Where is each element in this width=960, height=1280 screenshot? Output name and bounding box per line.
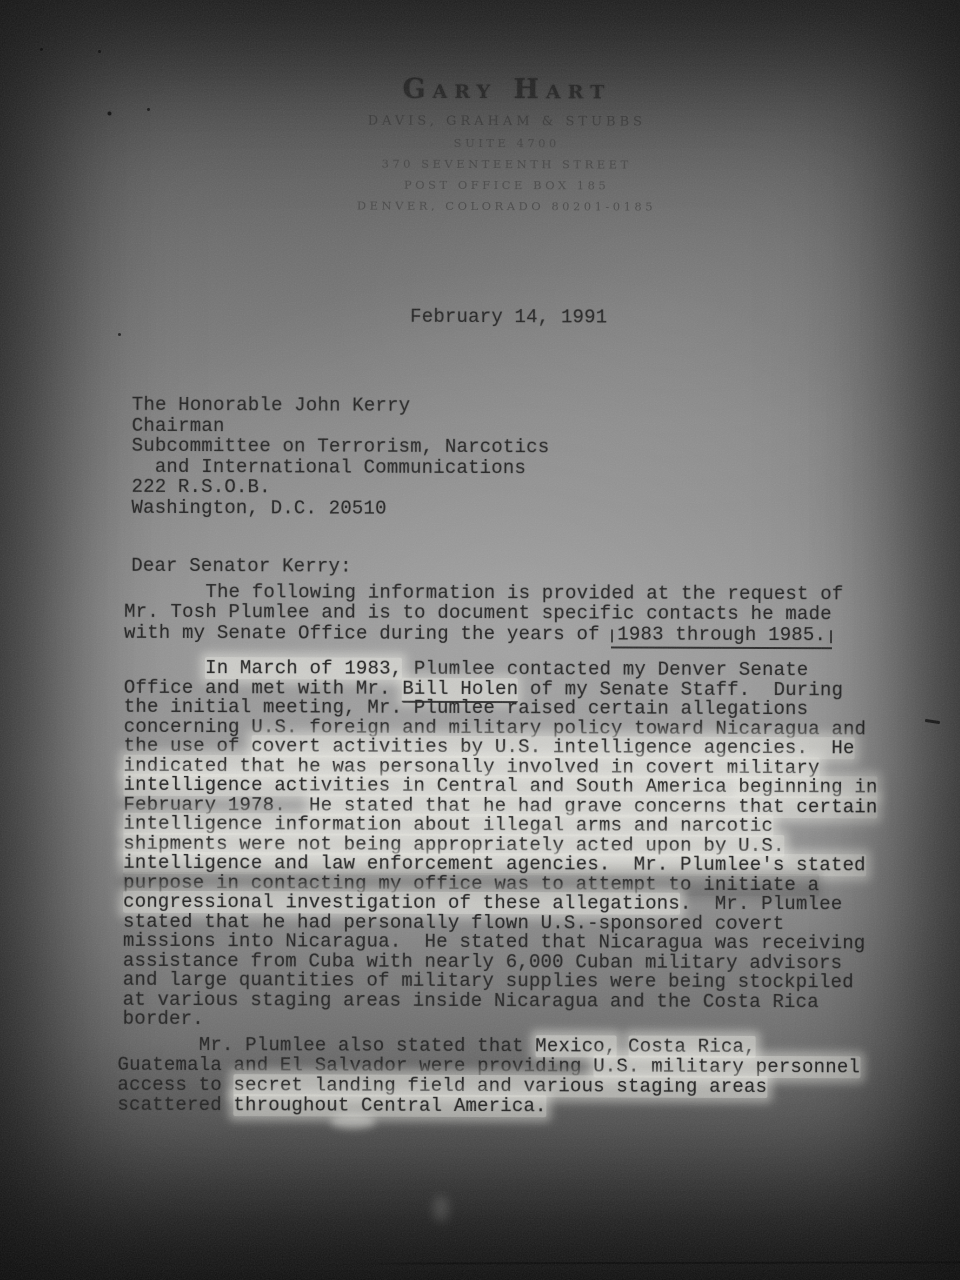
text-segment: border. [123,1008,204,1030]
text-segment: POST OFFICE BOX 185 [404,178,609,193]
letter-line: at various staging areas inside Nicaragu… [123,990,877,1012]
text-segment: The Honorable John Kerry [132,394,411,417]
recipient-line: 222 R.S.O.B. [131,477,549,499]
paragraph-1: The following information is provided at… [124,582,844,645]
recipient-line: The Honorable John Kerry [132,395,550,417]
recipient-line: and International Communications [132,457,550,479]
recipient-line: Subcommittee on Terrorism, Narcotics [132,436,550,458]
letterhead-line: POST OFFICE BOX 185 [27,176,960,193]
text-segment: SUITE 4700 [454,136,560,150]
dust-specks [0,0,3,3]
letter-line: with my Senate Office during the years o… [124,622,843,645]
letterhead-line: SUITE 4700 [27,134,960,151]
text-segment: with my Senate Office during the years o… [124,621,611,645]
paragraph-2: In March of 1983, Plumlee contacted my D… [123,659,878,1032]
salutation: Dear Senator Kerry: [131,555,352,578]
letterhead-line: DENVER, COLORADO 80201-0185 [26,197,960,214]
letterhead-line: 370 SEVENTEENTH STREET [27,155,960,172]
letterhead-name: Gary Hart [27,72,960,106]
letter-content: Gary Hart DAVIS, GRAHAM & STUBBS SUITE 4… [0,0,960,1280]
highlighted-text: Mexico, [535,1035,616,1057]
photographed-letter: Gary Hart DAVIS, GRAHAM & STUBBS SUITE 4… [0,0,960,1280]
whiteout-smudge [330,1114,376,1129]
letterhead-firm: DAVIS, GRAHAM & STUBBS [27,112,960,130]
text-segment: 222 R.S.O.B. [131,476,270,498]
date-line: February 14, 1991 [410,306,607,329]
pen-underlined-text: 1983 through 1985. [611,623,832,649]
highlighted-text: throughout Central America. [233,1094,546,1117]
recipient-address-block: The Honorable John KerryChairmanSubcommi… [131,395,549,520]
recipient-line: Washington, D.C. 20510 [131,498,549,520]
text-segment: at various staging areas inside Nicaragu… [123,988,819,1012]
text-segment: 370 SEVENTEENTH STREET [382,157,632,172]
paragraph-3: Mr. Plumlee also stated that Mexico, Cos… [117,1036,860,1118]
letter-line: scattered throughout Central America. [117,1095,860,1117]
letterhead: Gary Hart DAVIS, GRAHAM & STUBBS SUITE 4… [26,72,960,214]
text-segment [616,1035,628,1057]
text-segment: DENVER, COLORADO 80201-0185 [357,199,656,214]
text-segment: scattered [117,1093,233,1115]
recipient-line: Chairman [132,415,550,437]
text-segment: Chairman [132,414,225,436]
letter-line: border. [123,1010,877,1032]
letterhead-address: SUITE 4700370 SEVENTEENTH STREETPOST OFF… [26,134,960,214]
whiteout-smudge [433,1196,449,1222]
text-segment: Washington, D.C. 20510 [131,497,386,520]
